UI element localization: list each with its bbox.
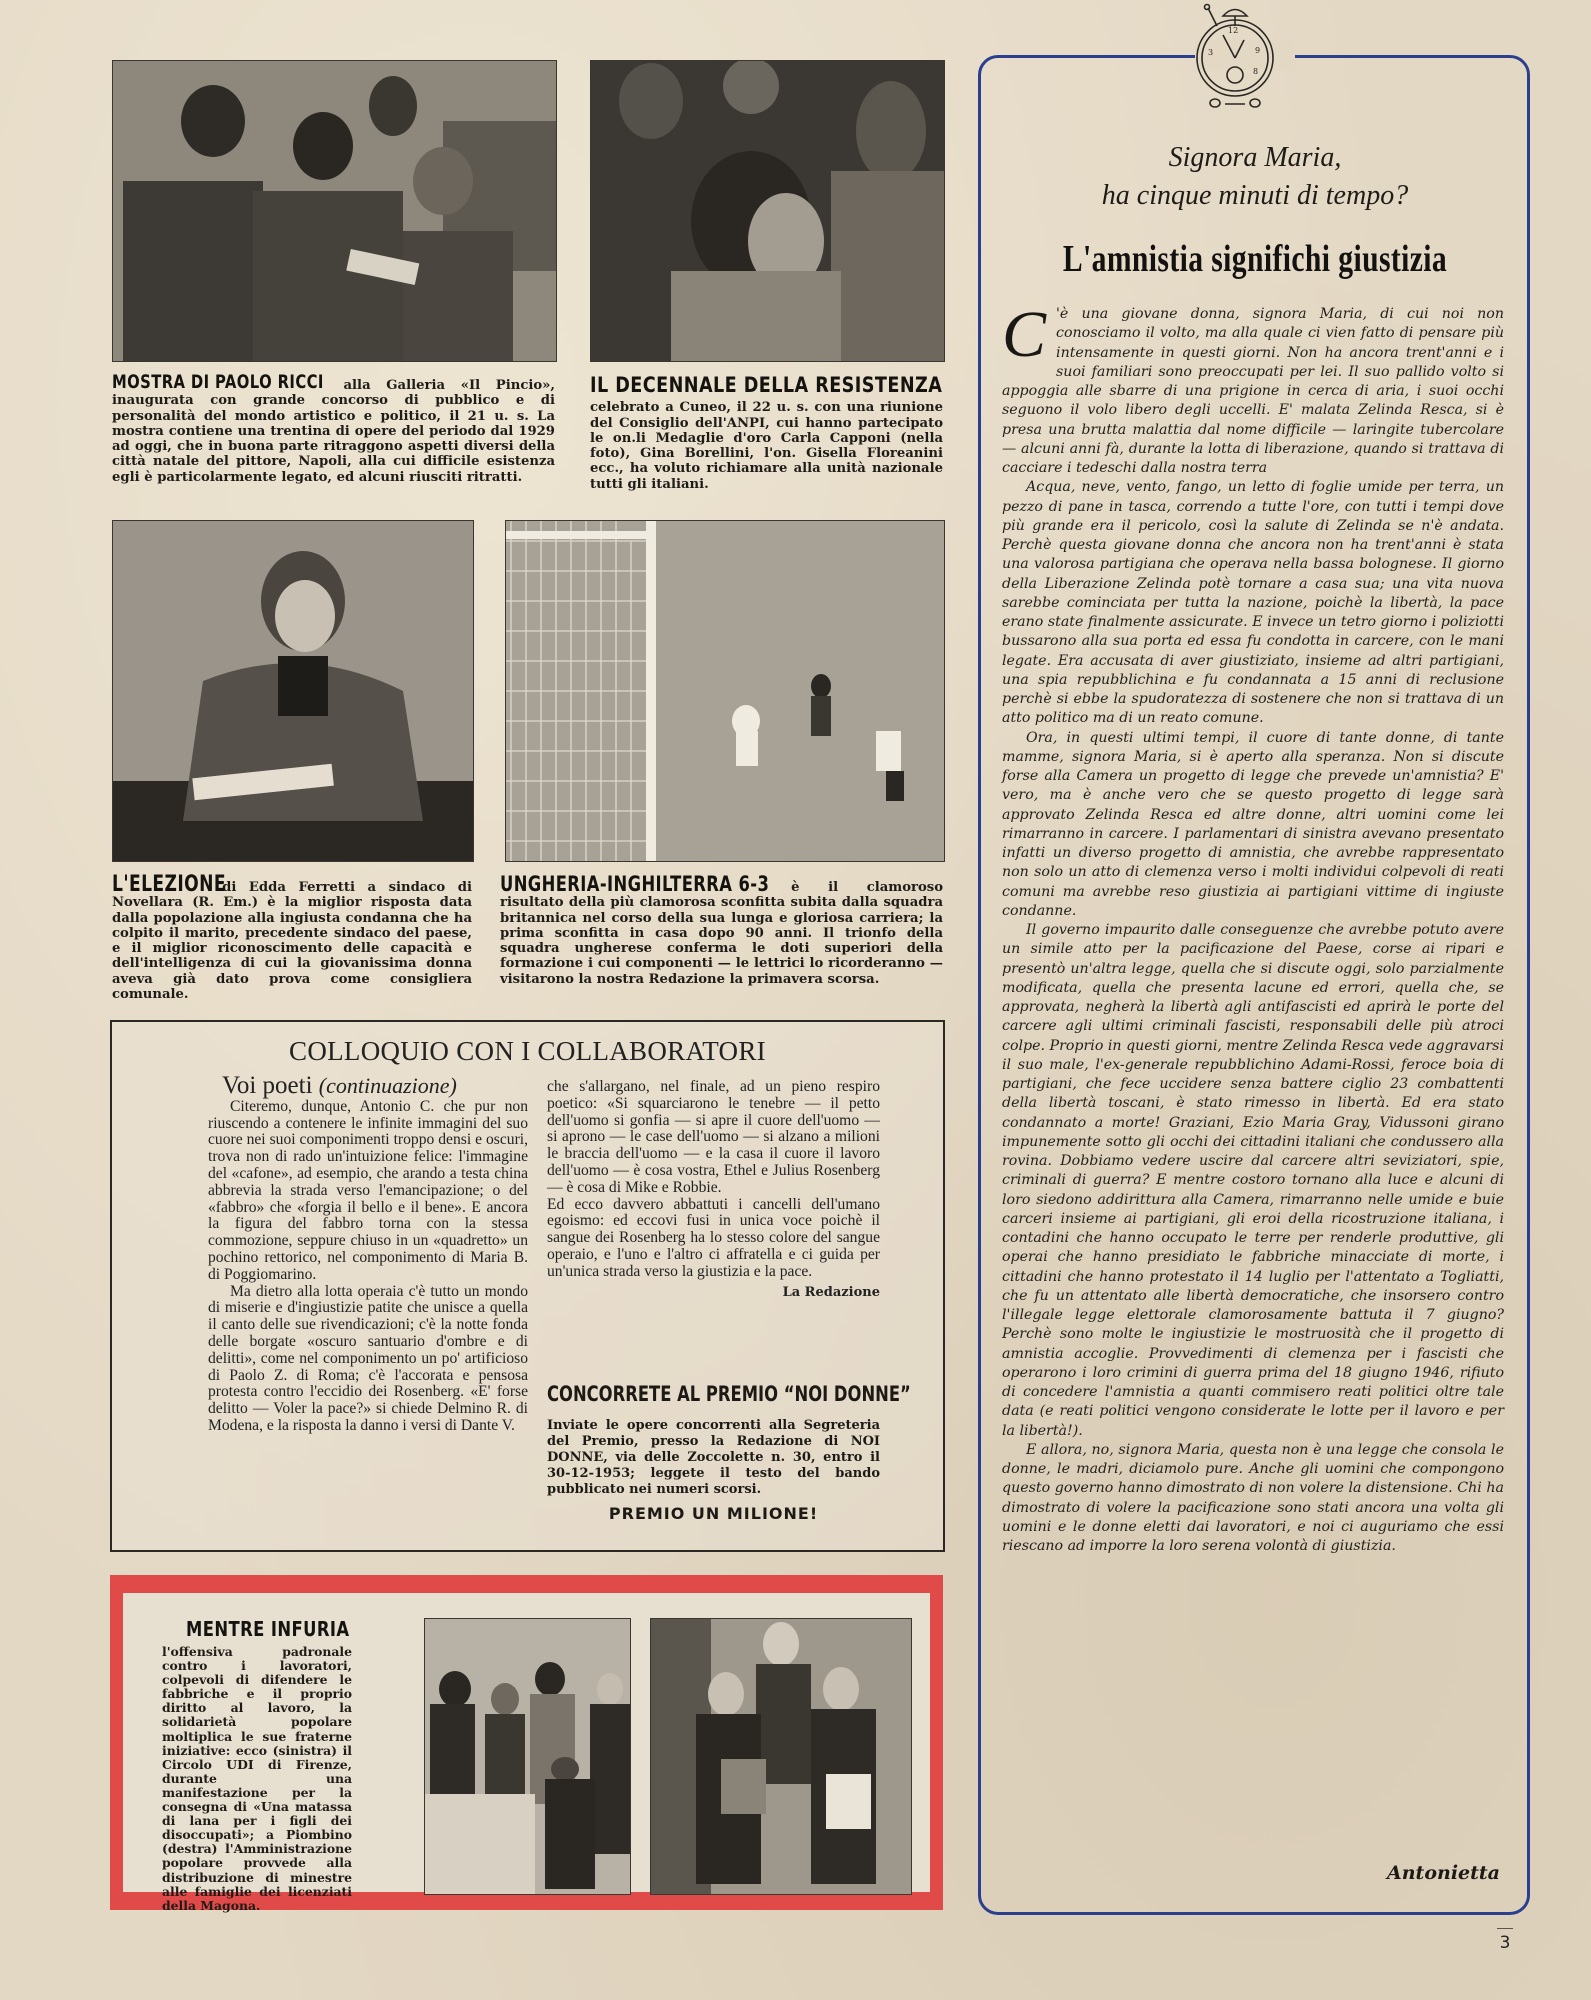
article-signature: Antonietta [1002,1862,1500,1884]
page-number: 3 [1497,1928,1513,1953]
photo-scene [591,61,944,361]
photo-scene [113,61,556,361]
photo-scene [425,1619,630,1894]
photo-scene [113,521,473,861]
photo-football [505,520,945,862]
paragraph: Citeremo, dunque, Antonio C. che pur non… [208,1099,528,1284]
mentre-infuria-text: l'offensiva padronale contro i lavorator… [162,1645,352,1913]
article-body: C'è una giovane donna, signora Maria, di… [1002,305,1504,1556]
caption-text: alla Galleria «Il Pincio», inaugurata co… [112,378,555,485]
caption-ungheria: UNGHERIA-INGHILTERRA 6-3 è il clamoroso … [500,880,943,987]
mentre-infuria-text-block: MENTRE INFURIA l'offensiva padronale con… [162,1617,352,1913]
article-paragraph: E allora, no, signora Maria, questa non … [1002,1441,1504,1557]
concorso-prize: PREMIO UN MILIONE! [547,1504,880,1523]
caption-head: L'ELEZIONE [112,877,226,892]
paragraph: che s'allargano, nel finale, ad un pieno… [547,1079,880,1197]
article-kicker-line1: Signora Maria, [985,140,1525,176]
colloquio-box: COLLOQUIO CON I COLLABORATORI Voi poeti … [110,1020,945,1552]
photo-scene [651,1619,911,1894]
photo-paolo-ricci [112,60,557,362]
photo-edda-ferretti [112,520,474,862]
concorso-head: CONCORRETE AL PREMIO “NOI DONNE” [547,1382,807,1406]
caption-text: di Edda Ferretti a sindaco di Novellara … [112,880,472,1002]
caption-head: UNGHERIA-INGHILTERRA 6-3 [500,877,769,892]
caption-paolo-ricci: MOSTRA DI PAOLO RICCI alla Galleria «Il … [112,378,555,485]
caption-elezione: L'ELEZIONE di Edda Ferretti a sindaco di… [112,880,472,1002]
subtitle-italic: (continuazione) [319,1073,457,1098]
subtitle-text: Voi poeti [222,1072,313,1099]
photo-piombino [650,1618,912,1895]
article-kicker-line2: ha cinque minuti di tempo? [985,178,1525,214]
article-paragraph: C'è una giovane donna, signora Maria, di… [1002,305,1504,478]
colloquio-signature: La Redazione [547,1285,880,1302]
caption-resistenza: IL DECENNALE DELLA RESISTENZA celebrato … [590,378,943,492]
concorso-body: Inviate le opere concorrenti alla Segret… [547,1418,880,1498]
colloquio-left-column: Voi poeti (continuazione) Citeremo, dunq… [208,1078,528,1435]
caption-text: è il clamoroso risultato della più clamo… [500,880,943,987]
mentre-infuria-head: MENTRE INFURIA [186,1617,349,1641]
article-paragraph: Il governo impaurito dalle conseguenze c… [1002,921,1504,1441]
paragraph-text: 'è una giovane donna, signora Maria, di … [1002,306,1504,476]
svg-text:12: 12 [1228,26,1238,35]
paragraph: Ma dietro alla lotta operaia c'è tutto u… [208,1284,528,1435]
photo-scene [506,521,944,861]
article-paragraph: Acqua, neve, vento, fango, un letto di f… [1002,478,1504,728]
svg-text:3: 3 [1208,48,1213,57]
svg-text:8: 8 [1253,67,1258,76]
caption-head: MOSTRA DI PAOLO RICCI [112,375,324,390]
colloquio-right-column: che s'allargano, nel finale, ad un pieno… [547,1079,880,1301]
article-paragraph: Ora, in questi ultimi tempi, il cuore di… [1002,729,1504,922]
svg-text:9: 9 [1255,46,1260,55]
caption-text: celebrato a Cuneo, il 22 u. s. con una r… [590,400,943,492]
photo-resistenza [590,60,945,362]
concorso-block: CONCORRETE AL PREMIO “NOI DONNE” Inviate… [547,1382,880,1523]
colloquio-subtitle: Voi poeti (continuazione) [222,1078,528,1095]
mentre-infuria-inner: MENTRE INFURIA l'offensiva padronale con… [123,1593,930,1892]
caption-head: IL DECENNALE DELLA RESISTENZA [590,378,942,393]
photo-udi-firenze [424,1618,631,1895]
alarm-clock-icon: 12 9 3 8 [1195,0,1295,112]
article-headline: L'amnistia significhi giustizia [1044,237,1465,281]
mentre-infuria-box: MENTRE INFURIA l'offensiva padronale con… [110,1575,943,1910]
paragraph: Ed ecco davvero abbattuti i cancelli del… [547,1197,880,1281]
colloquio-title: COLLOQUIO CON I COLLABORATORI [112,1036,943,1067]
dropcap: C [1002,307,1046,363]
